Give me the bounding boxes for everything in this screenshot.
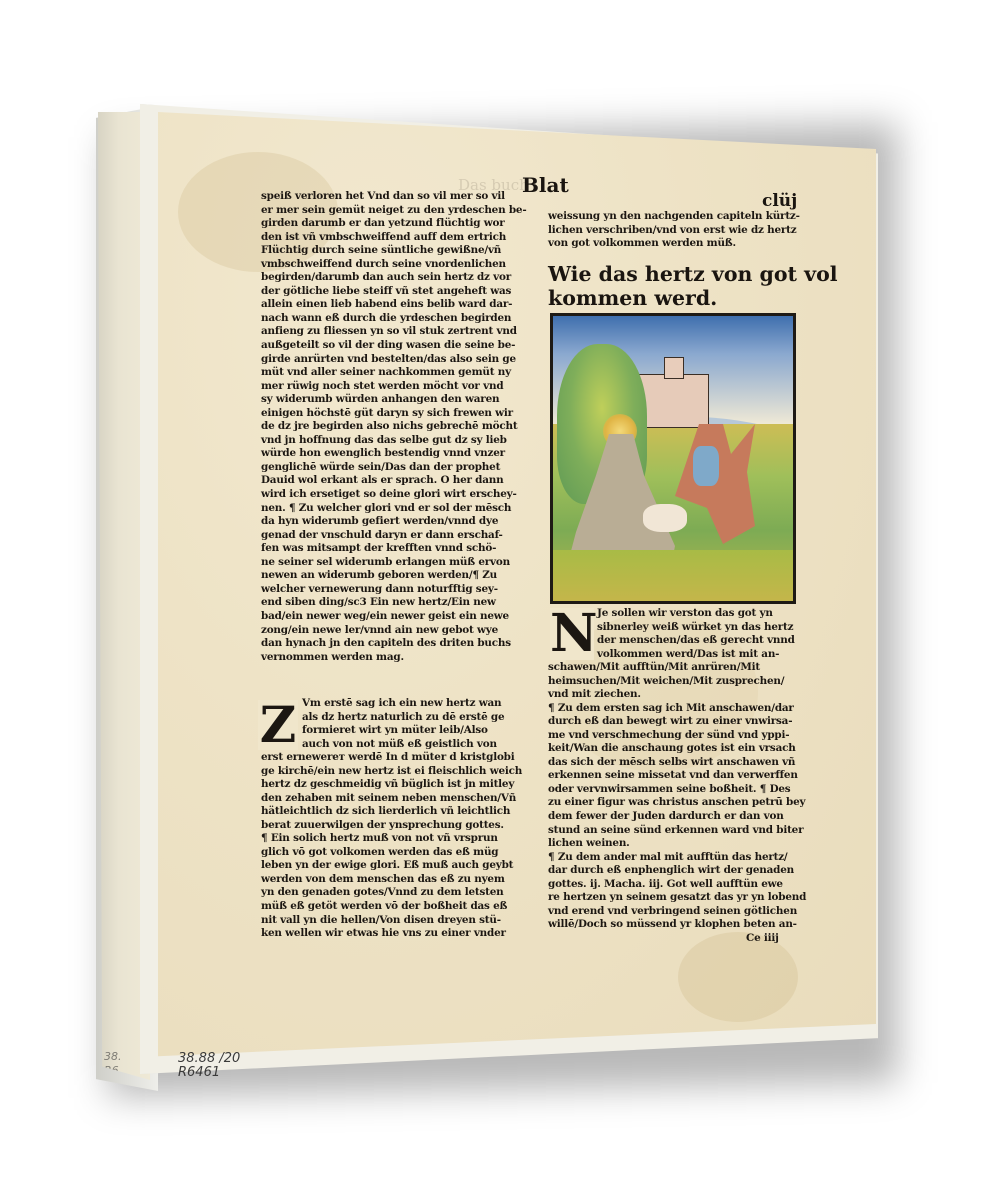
text-line: zu einer figur was christus anschen petr…	[548, 796, 806, 810]
text-line: dan hynach jn den capiteln des driten bu…	[261, 637, 526, 651]
text-line: nach wann eß durch die yrdeschen begirde…	[261, 312, 526, 326]
foreground-ground	[553, 550, 793, 601]
text-line: nit vall yn die hellen/Von disen dreyen …	[261, 914, 522, 928]
paper-stain	[678, 932, 798, 1022]
text-line: dem fewer der Juden dardurch er dan von	[548, 810, 806, 824]
text-line: Je sollen wir verston das got yn	[597, 607, 795, 621]
text-line: vernommen werden mag.	[261, 651, 526, 665]
heading-line-1: Wie das hertz von got vol	[548, 262, 838, 286]
text-line: den zehaben mit seinem neben menschen/Vñ	[261, 792, 522, 806]
text-line: volkommen werd/Das ist mit an-	[597, 648, 795, 662]
text-line: Flüchtig durch seine süntliche gewißne/v…	[261, 244, 526, 258]
page-header-title: Blat	[522, 173, 569, 197]
text-line: der menschen/das eß gerecht vnnd	[597, 634, 795, 648]
text-line: oder vervnwirsammen seine boßheit. ¶ Des	[548, 783, 806, 797]
left-column-continued: erst ernewerет werdē In d müter d kristg…	[261, 751, 522, 941]
text-line: anfieng zu fliessen yn so vil stuk zertr…	[261, 325, 526, 339]
text-line: zong/ein newe ler/vnnd ain new gebot wye	[261, 624, 526, 638]
text-line: gottes. ij. Macha. iij. Got well aufftün…	[548, 878, 806, 892]
right-column-body: schawen/Mit aufftün/Mit anrüren/Mitheims…	[548, 661, 806, 932]
text-line: ¶ Zu dem ersten sag ich Mit anschawen/da…	[548, 702, 806, 716]
text-line: da hyn widerumb gefiert werden/vnnd dye	[261, 515, 526, 529]
text-line: durch eß dan bewegt wirt zu einer vnwirs…	[548, 715, 806, 729]
text-line: willē/Doch so müssend yr klophen beten a…	[548, 918, 806, 932]
text-line: sibnerley weiß würket yn das hertz	[597, 621, 795, 635]
folio-number: clüj	[762, 191, 797, 211]
text-line: hätleichtlich dz sich lierderlich vñ lei…	[261, 805, 522, 819]
text-line: leben yn der ewige glori. Eß muß auch ge…	[261, 859, 522, 873]
text-line: heimsuchen/Mit weichen/Mit zusprechen/	[548, 675, 806, 689]
text-line: er mer sein gemüt neiget zu den yrdesche…	[261, 204, 526, 218]
text-line: girden darumb er dan yetzund flüchtig wo…	[261, 217, 526, 231]
text-line: wird ich ersetiget so deine glori wirt e…	[261, 488, 526, 502]
woodcut-illustration	[550, 313, 796, 604]
heading-line-2: kommen werd.	[548, 286, 838, 310]
text-line: dar durch eß enphenglich wirt der genade…	[548, 864, 806, 878]
text-line: de dz jre begirden also nichs gebrechē m…	[261, 420, 526, 434]
text-line: müt vnd aller seiner nachkommen gemüt ny	[261, 366, 526, 380]
text-line: welcher vernewerung dann noturfftig sey-	[261, 583, 526, 597]
text-line: Vm erstē sag ich ein new hertz wan	[302, 697, 504, 711]
text-line: stund an seine sünd erkennen ward vnd bi…	[548, 824, 806, 838]
text-line: lichen weinen.	[548, 837, 806, 851]
inscription-line1: 38.88 /20	[178, 1052, 240, 1066]
text-line: begirden/darumb dan auch sein hertz dz v…	[261, 271, 526, 285]
signature-mark: Ce iiij	[746, 932, 779, 946]
text-line: hertz dz geschmeidig vñ büglich ist jn m…	[261, 778, 522, 792]
left-dropcap-lines: Vm erstē sag ich ein new hertz wanals dz…	[302, 697, 504, 751]
drop-cap-n: N	[550, 608, 594, 660]
text-line: das sich der mēsch selbs wirt anschawen …	[548, 756, 806, 770]
text-line: genglichē würde sein/Das dan der prophet	[261, 461, 526, 475]
text-line: außgeteilt so vil der ding wasen die sei…	[261, 339, 526, 353]
text-line: den ist vñ vmbschweiffend auff dem ertri…	[261, 231, 526, 245]
text-line: bad/ein newer weg/ein newer geist ein ne…	[261, 610, 526, 624]
text-line: vnd jn hoffnung das das selbe gut dz sy …	[261, 434, 526, 448]
text-line: erst ernewerет werdē In d müter d kristg…	[261, 751, 522, 765]
text-line: erkennen seine missetat vnd dan verwerff…	[548, 769, 806, 783]
text-line: sy widerumb würden anhangen den waren	[261, 393, 526, 407]
side-inscription-line1: 38.	[104, 1050, 122, 1064]
text-line: ¶ Ein solich hertz muß von not vñ vrspru…	[261, 832, 522, 846]
text-line: berat zuuerwilgen der ynsprechung gottes…	[261, 819, 522, 833]
right-dropcap-lines: Je sollen wir verston das got ynsibnerle…	[597, 607, 795, 661]
text-line: werden von dem menschen das eß zu nyem	[261, 873, 522, 887]
town-castle	[637, 374, 709, 428]
text-line: newen an widerumb geboren werden/¶ Zu	[261, 569, 526, 583]
text-line: me vnd verschmechung der sünd vnd yppi-	[548, 729, 806, 743]
text-line: schawen/Mit aufftün/Mit anrüren/Mit	[548, 661, 806, 675]
text-line: mer rüwig noch stet werden möcht vor vnd	[261, 380, 526, 394]
text-line: speiß verloren het Vnd dan so vil mer so…	[261, 190, 526, 204]
text-line: end siben ding/sc3 Ein new hertz/Ein new	[261, 596, 526, 610]
text-line: keit/Wan die anschaung gotes ist ein vrs…	[548, 742, 806, 756]
inscription-line2: R6461	[178, 1066, 240, 1080]
text-line: ge kirchē/ein new hertz ist ei fleischli…	[261, 765, 522, 779]
text-line: fen was mitsampt der krefften vnnd schö-	[261, 542, 526, 556]
text-line: vnd mit ziechen.	[548, 688, 806, 702]
text-line: als dz hertz naturlich zu dē erstē ge	[302, 711, 504, 725]
text-line: Dauid wol erkant als er sprach. O her da…	[261, 474, 526, 488]
text-line: lichen verschriben/vnd von erst wie dz h…	[548, 224, 800, 238]
text-line: nen. ¶ Zu welcher glori vnd er sol der m…	[261, 502, 526, 516]
text-line: vmbschweiffend durch seine vnordenlichen	[261, 258, 526, 272]
text-line: allein einen lieb habend eins belib ward…	[261, 298, 526, 312]
text-line: vnd erend vnd verbringend seinen götlich…	[548, 905, 806, 919]
text-line: glich vō got volkomen werden das eß müg	[261, 846, 522, 860]
text-line: ken wellen wir etwas hie vns zu einer vn…	[261, 927, 522, 941]
text-line: auch von not müß eß geistlich von	[302, 738, 504, 752]
text-line: weissung yn den nachgenden capiteln kürt…	[548, 210, 800, 224]
drop-cap-z: Z	[258, 700, 298, 750]
text-line: der götliche liebe steiff vñ stet angehe…	[261, 285, 526, 299]
text-line: ne seiner sel widerumb erlangen müß ervo…	[261, 556, 526, 570]
text-line: re hertzen yn seinem gesatzt das yr yn l…	[548, 891, 806, 905]
text-line: genad der vnschuld daryn er dann erschaf…	[261, 529, 526, 543]
left-column: speiß verloren het Vnd dan so vil mer so…	[261, 190, 526, 664]
chapter-heading: Wie das hertz von got vol kommen werd.	[548, 262, 838, 310]
pencil-inscription: 38.88 /20 R6461	[178, 1052, 240, 1080]
text-line: müß eß getöt werden vō der boßheit das e…	[261, 900, 522, 914]
text-line: von got volkommen werden müß.	[548, 237, 800, 251]
blue-tunic	[693, 446, 719, 486]
text-line: einigen höchstē güt daryn sy sich frewen…	[261, 407, 526, 421]
right-column-top: weissung yn den nachgenden capiteln kürt…	[548, 210, 800, 251]
text-line: girde anrürten vnd bestelten/das also se…	[261, 353, 526, 367]
text-line: würde hon ewenglich bestendig vnnd vnzer	[261, 447, 526, 461]
text-line: ¶ Zu dem ander mal mit aufftün das hertz…	[548, 851, 806, 865]
rock	[643, 504, 687, 532]
text-line: yn den genaden gotes/Vnnd zu dem letsten	[261, 886, 522, 900]
text-line: formieret wirt yn müter leib/Also	[302, 724, 504, 738]
